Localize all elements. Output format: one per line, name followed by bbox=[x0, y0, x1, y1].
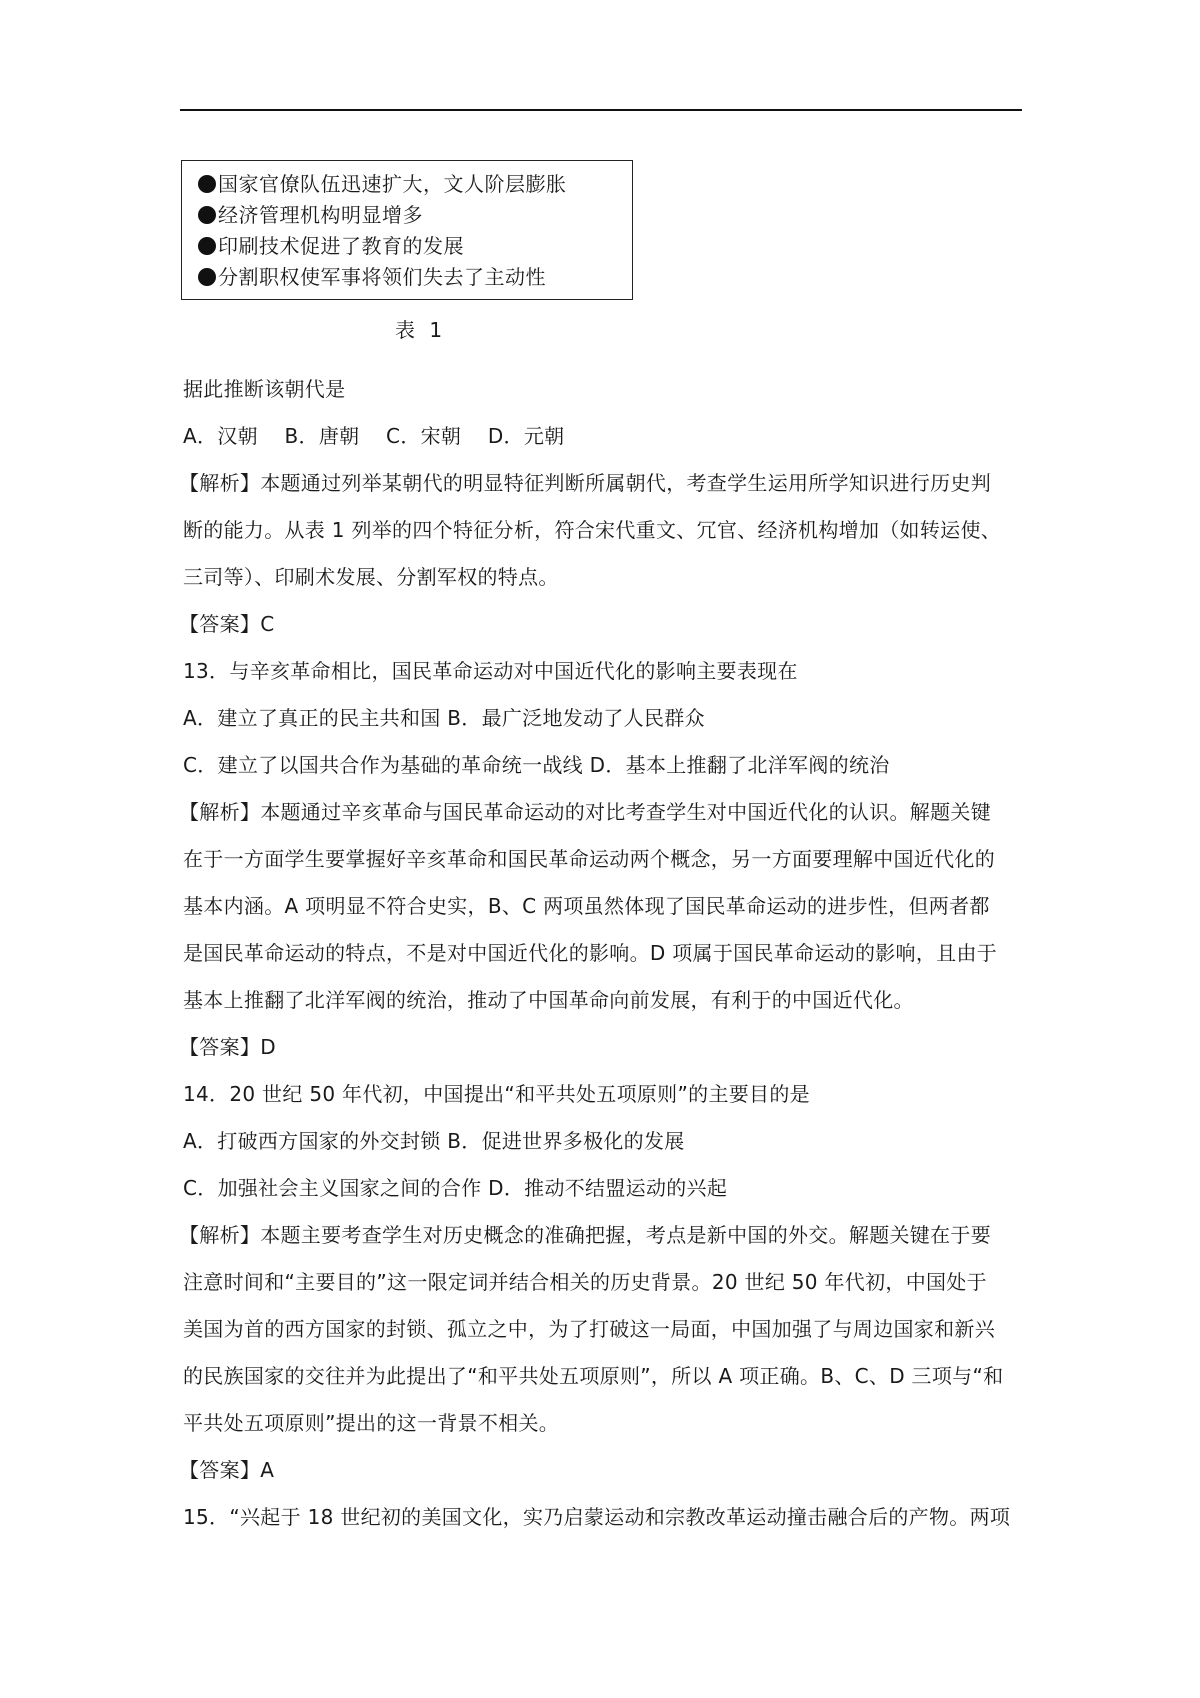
q12-analysis-line: 断的能力。从表 1 列举的四个特征分析，符合宋代重文、冗官、经济机构增加（如转运… bbox=[183, 507, 1023, 554]
q13-answer: 【答案】D bbox=[179, 1024, 1023, 1071]
q13-analysis-line: 在于一方面学生要掌握好辛亥革命和国民革命运动两个概念，另一方面要理解中国近代化的 bbox=[183, 836, 1023, 883]
q14-analysis-line: 注意时间和“主要目的”这一限定词并结合相关的历史背景。20 世纪 50 年代初，… bbox=[183, 1259, 1023, 1306]
q14-options-row-1: A．打破西方国家的外交封锁 B．促进世界多极化的发展 bbox=[183, 1118, 1023, 1165]
q14-analysis-line: 的民族国家的交往并为此提出了“和平共处五项原则”，所以 A 项正确。B、C、D … bbox=[183, 1353, 1023, 1400]
bullet-icon bbox=[198, 237, 216, 255]
q13-analysis-line: 是国民革命运动的特点，不是对中国近代化的影响。D 项属于国民革命运动的影响，且由… bbox=[183, 930, 1023, 977]
table-1-item: 分割职权使军事将领们失去了主动性 bbox=[198, 262, 632, 293]
q13-options-row-1: A．建立了真正的民主共和国 B．最广泛地发动了人民群众 bbox=[183, 695, 1023, 742]
q12-options: A．汉朝 B．唐朝 C．宋朝 D．元朝 bbox=[183, 413, 1023, 460]
q14-stem: 14．20 世纪 50 年代初，中国提出“和平共处五项原则”的主要目的是 bbox=[183, 1071, 1023, 1118]
q13-option-a: A．建立了真正的民主共和国 bbox=[183, 706, 441, 730]
document-body: 据此推断该朝代是 A．汉朝 B．唐朝 C．宋朝 D．元朝 【解析】本题通过列举某… bbox=[183, 366, 1023, 1541]
q13-options-row-2: C．建立了以国共合作为基础的革命统一战线 D．基本上推翻了北洋军阀的统治 bbox=[183, 742, 1023, 789]
table-1-item: 国家官僚队伍迅速扩大，文人阶层膨胀 bbox=[198, 169, 632, 200]
q13-option-c: C．建立了以国共合作为基础的革命统一战线 bbox=[183, 753, 583, 777]
q13-analysis-line: 基本内涵。A 项明显不符合史实，B、C 两项虽然体现了国民革命运动的进步性，但两… bbox=[183, 883, 1023, 930]
q14-option-c: C．加强社会主义国家之间的合作 bbox=[183, 1176, 481, 1200]
header-rule bbox=[180, 109, 1022, 111]
table-1-item: 印刷技术促进了教育的发展 bbox=[198, 231, 632, 262]
q13-option-d: D．基本上推翻了北洋军阀的统治 bbox=[590, 753, 890, 777]
q14-answer: 【答案】A bbox=[179, 1447, 1023, 1494]
q13-analysis-line: 基本上推翻了北洋军阀的统治，推动了中国革命向前发展，有利于的中国近代化。 bbox=[183, 977, 1023, 1024]
table-1-item: 经济管理机构明显增多 bbox=[198, 200, 632, 231]
bullet-icon bbox=[198, 268, 216, 286]
q12-answer: 【答案】C bbox=[179, 601, 1023, 648]
q14-option-a: A．打破西方国家的外交封锁 bbox=[183, 1129, 441, 1153]
q13-analysis-line: 【解析】本题通过辛亥革命与国民革命运动的对比考查学生对中国近代化的认识。解题关键 bbox=[179, 789, 1023, 836]
q15-stem: 15．“兴起于 18 世纪初的美国文化，实乃启蒙运动和宗教改革运动撞击融合后的产… bbox=[183, 1494, 1023, 1541]
q14-analysis-line: 平共处五项原则”提出的这一背景不相关。 bbox=[183, 1400, 1023, 1447]
table-1-caption: 表 1 bbox=[395, 316, 446, 344]
bullet-icon bbox=[198, 206, 216, 224]
q12-analysis-line: 三司等）、印刷术发展、分割军权的特点。 bbox=[183, 554, 1023, 601]
bullet-icon bbox=[198, 175, 216, 193]
q12-analysis-line: 【解析】本题通过列举某朝代的明显特征判断所属朝代，考查学生运用所学知识进行历史判 bbox=[179, 460, 1023, 507]
q14-option-d: D．推动不结盟运动的兴起 bbox=[488, 1176, 727, 1200]
table-1-box: 国家官僚队伍迅速扩大，文人阶层膨胀 经济管理机构明显增多 印刷技术促进了教育的发… bbox=[181, 160, 633, 300]
q13-stem: 13．与辛亥革命相比，国民革命运动对中国近代化的影响主要表现在 bbox=[183, 648, 1023, 695]
q14-analysis-line: 美国为首的西方国家的封锁、孤立之中，为了打破这一局面，中国加强了与周边国家和新兴 bbox=[183, 1306, 1023, 1353]
q14-option-b: B．促进世界多极化的发展 bbox=[447, 1129, 684, 1153]
q14-analysis-line: 【解析】本题主要考查学生对历史概念的准确把握，考点是新中国的外交。解题关键在于要 bbox=[179, 1212, 1023, 1259]
q14-options-row-2: C．加强社会主义国家之间的合作 D．推动不结盟运动的兴起 bbox=[183, 1165, 1023, 1212]
q12-stem: 据此推断该朝代是 bbox=[183, 366, 1023, 413]
q13-option-b: B．最广泛地发动了人民群众 bbox=[447, 706, 705, 730]
